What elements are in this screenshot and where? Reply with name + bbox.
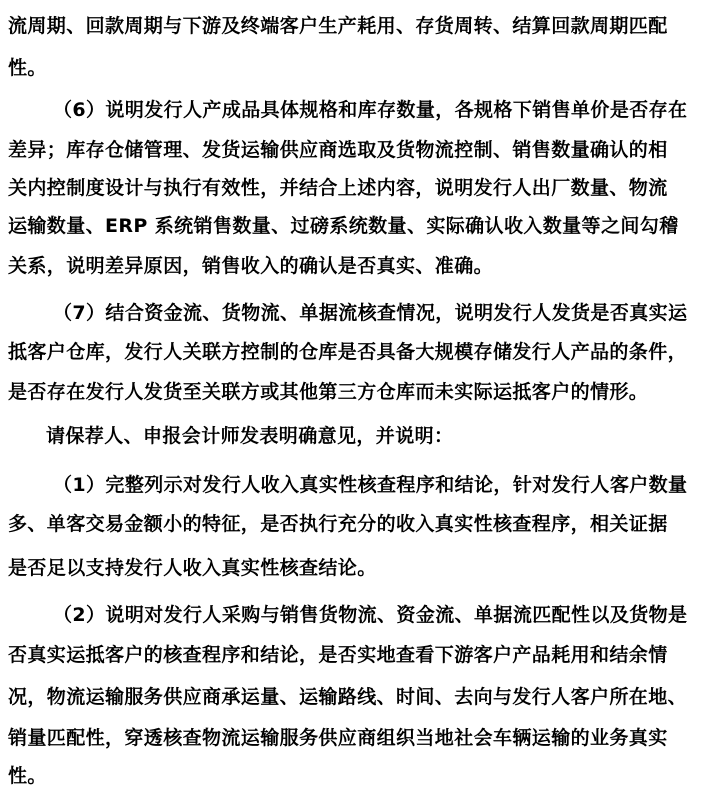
- text-line: 差异；库存仓储管理、发货运输供应商选取及货物流控制、销售数量确认的相: [8, 138, 668, 162]
- text-line: （1）完整列示对发行人收入真实性核查程序和结论，针对发行人客户数量: [53, 473, 687, 497]
- text-line: 否真实运抵客户的核查程序和结论，是否实地查看下游客户产品耗用和结余情: [8, 643, 668, 667]
- text-line: 关内控制度设计与执行有效性，并结合上述内容，说明发行人出厂数量、物流: [8, 176, 668, 200]
- text-line: 流周期、回款周期与下游及终端客户生产耗用、存货周转、结算回款周期匹配: [8, 14, 668, 38]
- text-line: （6）说明发行人产成品具体规格和库存数量，各规格下销售单价是否存在: [53, 98, 687, 122]
- text-line: 是否足以支持发行人收入真实性核查结论。: [8, 556, 377, 580]
- text-line: 销量匹配性，穿透核查物流运输服务供应商组织当地社会车辆运输的业务真实: [8, 726, 668, 750]
- text-line: 况，物流运输服务供应商承运量、运输路线、时间、去向与发行人客户所在地、: [8, 685, 687, 709]
- text-line: （7）结合资金流、货物流、单据流核查情况，说明发行人发货是否真实运: [53, 301, 687, 325]
- text-line: 抵客户仓库，发行人关联方控制的仓库是否具备大规模存储发行人产品的条件，: [8, 340, 687, 364]
- text-line: 运输数量、ERP 系统销售数量、过磅系统数量、实际确认收入数量等之间勾稽: [8, 214, 679, 238]
- text-line: 请保荐人、申报会计师发表明确意见，并说明：: [46, 424, 453, 448]
- text-line: （2）说明对发行人采购与销售货物流、资金流、单据流匹配性以及货物是: [53, 603, 687, 627]
- text-line: 关系，说明差异原因，销售收入的确认是否真实、准确。: [8, 254, 493, 278]
- text-line: 性。: [8, 56, 47, 80]
- text-line: 多、单客交易金额小的特征，是否执行充分的收入真实性核查程序，相关证据: [8, 512, 668, 536]
- text-line: 是否存在发行人发货至关联方或其他第三方仓库而未实际运抵客户的情形。: [8, 380, 648, 404]
- text-line: 性。: [8, 764, 47, 786]
